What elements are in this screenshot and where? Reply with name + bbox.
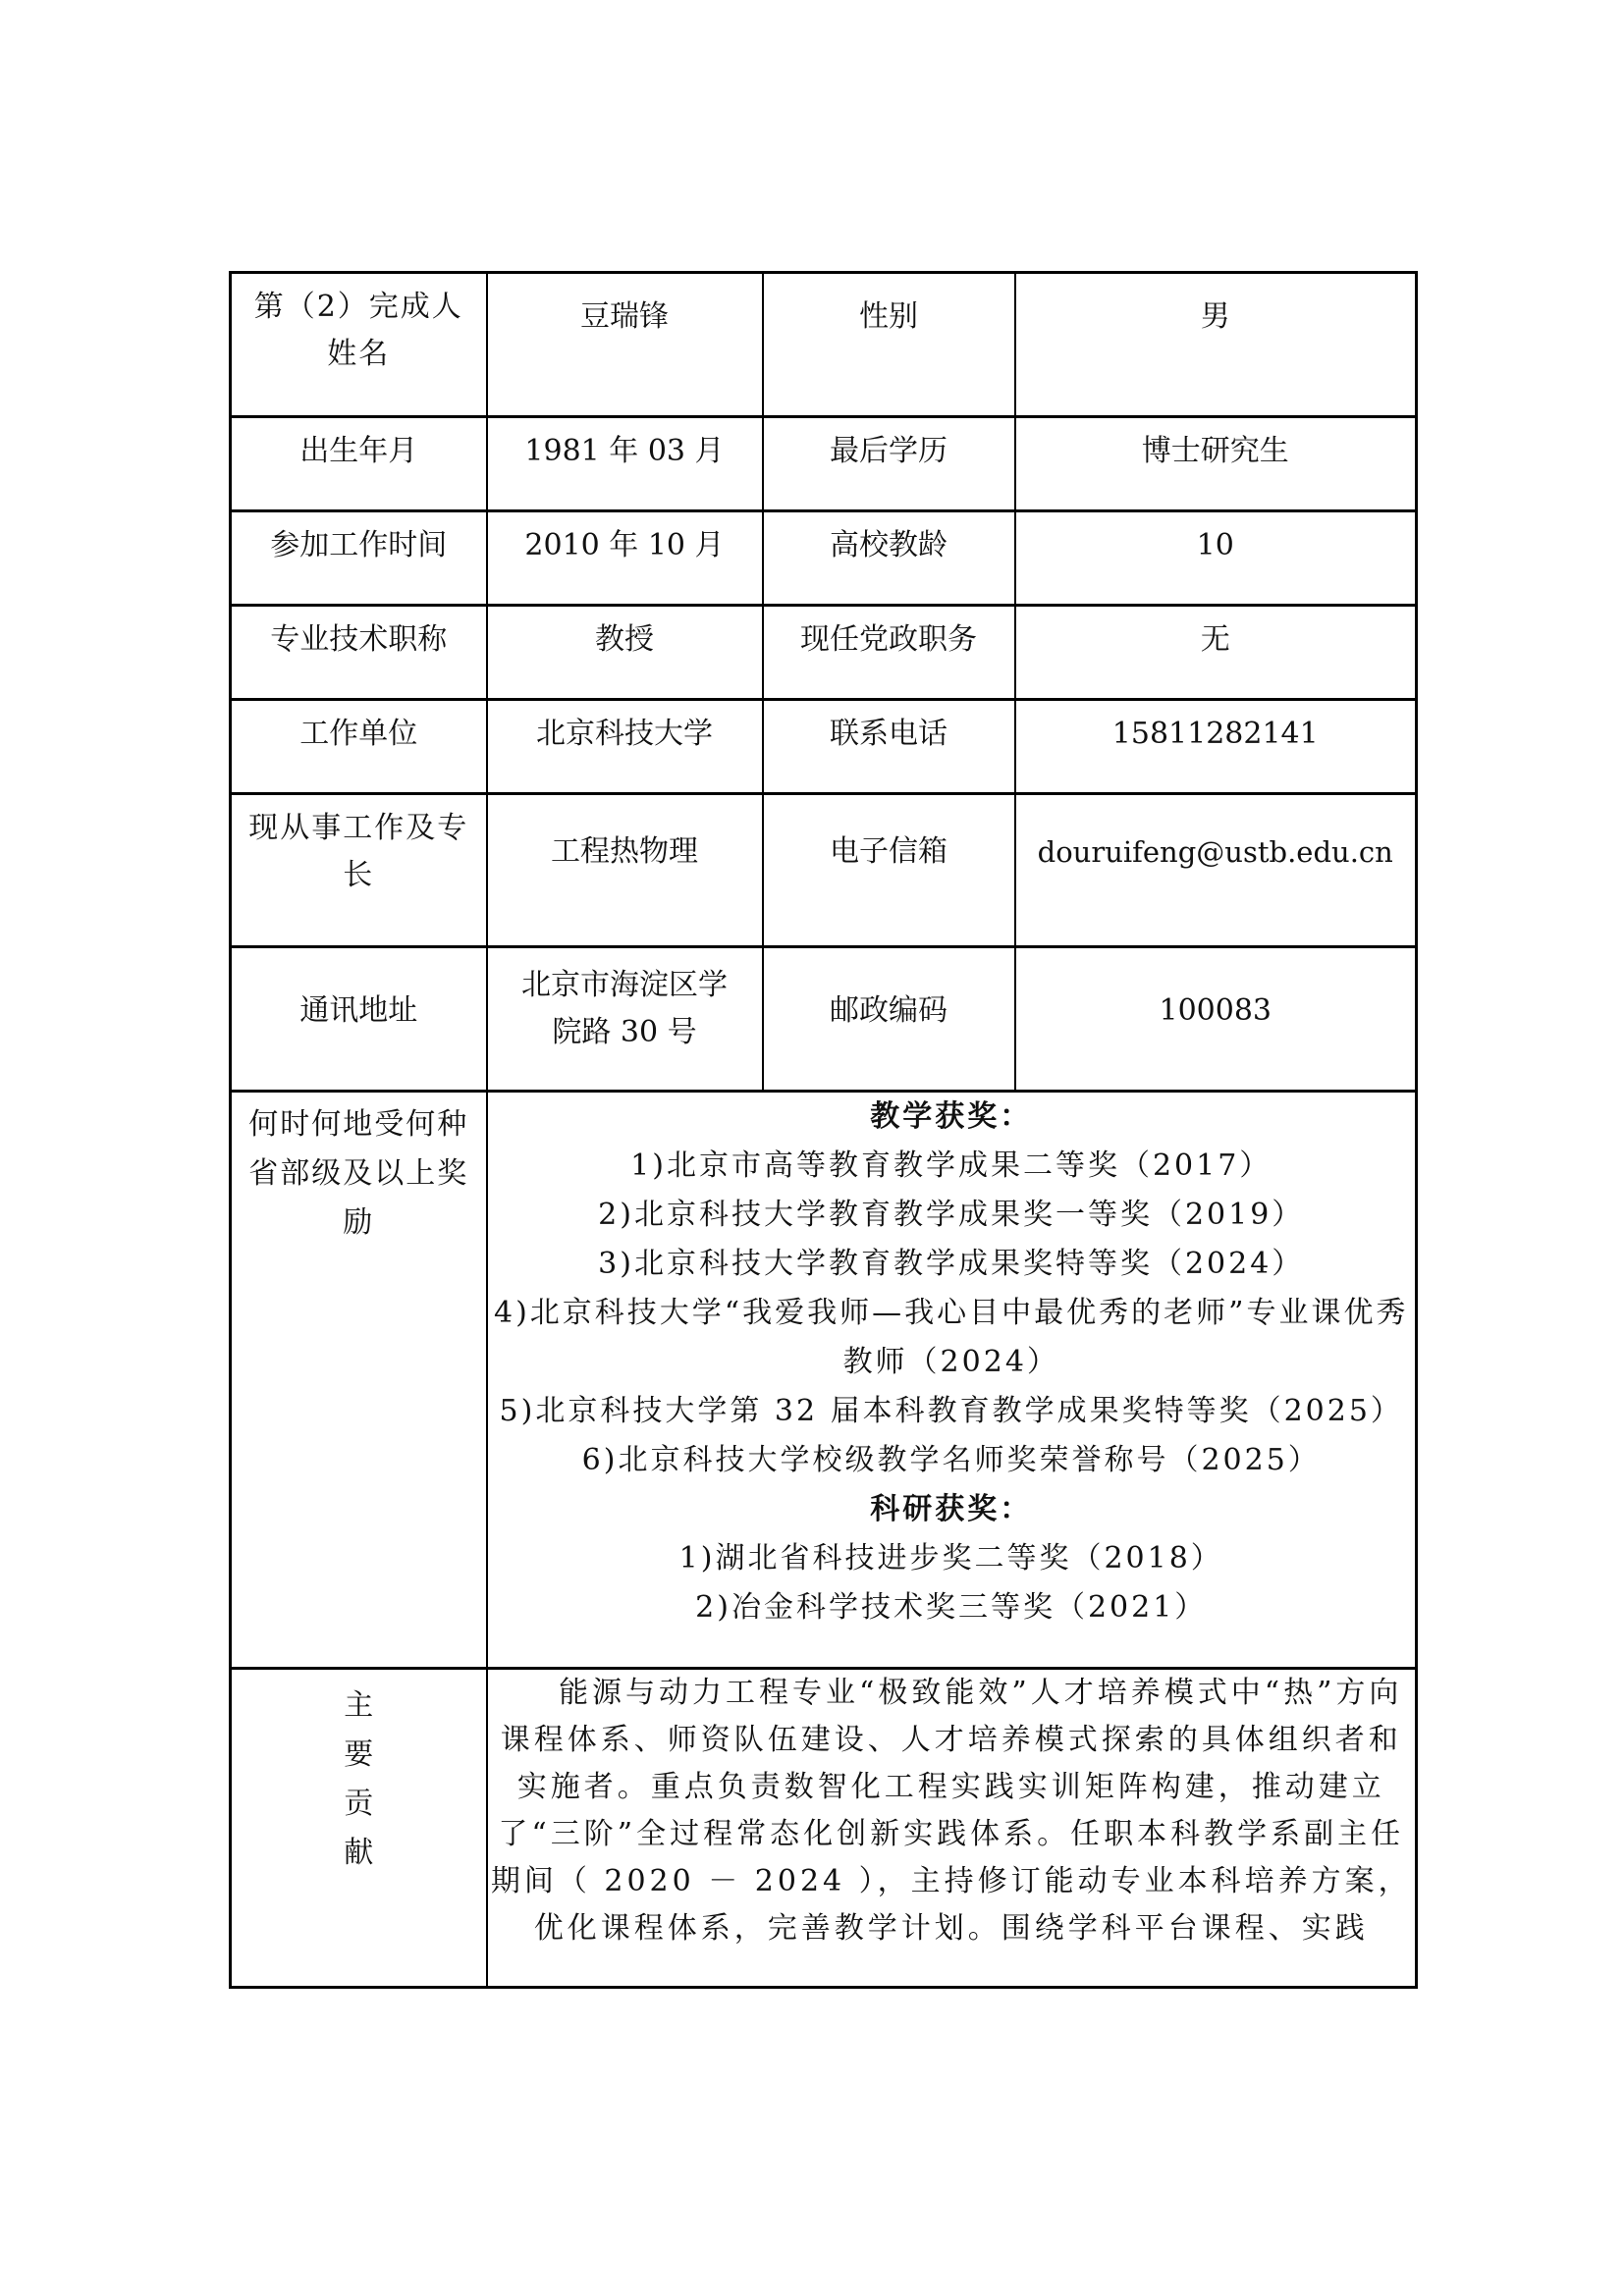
label-teaching-years-cell: 高校教龄 bbox=[763, 511, 1015, 606]
row-birth: 出生年月 1981 年 03 月 最后学历 博士研究生 bbox=[231, 417, 1417, 511]
label-birth-cell: 出生年月 bbox=[231, 417, 487, 511]
label-admin-post: 现任党政职务 bbox=[764, 607, 1014, 664]
row-specialty: 现从事工作及专 长 工程热物理 电子信箱 douruifeng@ustb.edu… bbox=[231, 794, 1417, 947]
value-employer: 北京科技大学 bbox=[488, 701, 762, 758]
personnel-info-table: 第（2）完成人 姓名 豆瑞锋 性别 男 出生年月 1981 年 03 月 最后学… bbox=[229, 271, 1418, 1989]
label-email-cell: 电子信箱 bbox=[763, 794, 1015, 947]
label-contribution-char: 主 bbox=[344, 1682, 373, 1731]
label-postcode-cell: 邮政编码 bbox=[763, 947, 1015, 1092]
row-name: 第（2）完成人 姓名 豆瑞锋 性别 男 bbox=[231, 273, 1417, 417]
label-admin-post-cell: 现任党政职务 bbox=[763, 606, 1015, 700]
value-phone: 15811282141 bbox=[1016, 701, 1416, 758]
research-award-item: 1)湖北省科技进步奖二等奖（2018） bbox=[488, 1534, 1416, 1583]
label-employer-cell: 工作单位 bbox=[231, 700, 487, 794]
teaching-award-item: 4)北京科技大学“我爱我师—我心目中最优秀的老师”专业课优秀教师（2024） bbox=[488, 1289, 1416, 1387]
label-birth: 出生年月 bbox=[232, 418, 486, 475]
label-contribution-char: 献 bbox=[344, 1829, 373, 1878]
value-education: 博士研究生 bbox=[1016, 418, 1416, 475]
label-email: 电子信箱 bbox=[764, 795, 1014, 876]
awards-content-cell: 教学获奖： 1)北京市高等教育教学成果二等奖（2017） 2)北京科技大学教育教… bbox=[487, 1092, 1417, 1669]
label-specialty-line-1: 现从事工作及专 bbox=[238, 805, 480, 852]
label-specialty-line-2: 长 bbox=[238, 852, 480, 899]
label-name-cell: 第（2）完成人 姓名 bbox=[231, 273, 487, 417]
teaching-award-item: 5)北京科技大学第 32 届本科教育教学成果奖特等奖（2025） bbox=[488, 1387, 1416, 1436]
label-contribution-cell: 主 要 贡 献 bbox=[231, 1669, 487, 1988]
label-phone-cell: 联系电话 bbox=[763, 700, 1015, 794]
teaching-award-item: 2)北京科技大学教育教学成果奖一等奖（2019） bbox=[488, 1191, 1416, 1240]
value-title: 教授 bbox=[488, 607, 762, 664]
teaching-awards-heading: 教学获奖： bbox=[488, 1093, 1416, 1142]
label-awards-line-3: 励 bbox=[238, 1199, 480, 1248]
label-teaching-years: 高校教龄 bbox=[764, 512, 1014, 569]
label-specialty-cell: 现从事工作及专 长 bbox=[231, 794, 487, 947]
value-email: douruifeng@ustb.edu.cn bbox=[1016, 795, 1416, 876]
row-title: 专业技术职称 教授 现任党政职务 无 bbox=[231, 606, 1417, 700]
label-phone: 联系电话 bbox=[764, 701, 1014, 758]
label-awards-line-2: 省部级及以上奖 bbox=[238, 1149, 480, 1199]
value-address-cell: 北京市海淀区学 院路 30 号 bbox=[487, 947, 763, 1092]
value-specialty-cell: 工程热物理 bbox=[487, 794, 763, 947]
value-teaching-years-cell: 10 bbox=[1015, 511, 1417, 606]
label-contribution-char: 贡 bbox=[344, 1780, 373, 1829]
label-work-start: 参加工作时间 bbox=[232, 512, 486, 569]
contribution-text: 能源与动力工程专业“极致能效”人才培养模式中“热”方向课程体系、师资队伍建设、人… bbox=[488, 1670, 1416, 1952]
label-title: 专业技术职称 bbox=[232, 607, 486, 664]
label-education: 最后学历 bbox=[764, 418, 1014, 475]
research-award-item: 2)冶金科学技术奖三等奖（2021） bbox=[488, 1583, 1416, 1632]
value-title-cell: 教授 bbox=[487, 606, 763, 700]
value-work-start-cell: 2010 年 10 月 bbox=[487, 511, 763, 606]
label-name-line-1: 第（2）完成人 bbox=[238, 284, 480, 331]
value-birth-cell: 1981 年 03 月 bbox=[487, 417, 763, 511]
value-birth: 1981 年 03 月 bbox=[488, 418, 762, 475]
value-address-line-1: 北京市海淀区学 bbox=[488, 962, 762, 1009]
label-contribution-char: 要 bbox=[344, 1731, 373, 1780]
label-work-start-cell: 参加工作时间 bbox=[231, 511, 487, 606]
row-address: 通讯地址 北京市海淀区学 院路 30 号 邮政编码 100083 bbox=[231, 947, 1417, 1092]
value-specialty: 工程热物理 bbox=[488, 795, 762, 876]
value-postcode: 100083 bbox=[1016, 948, 1416, 1035]
contribution-content-cell: 能源与动力工程专业“极致能效”人才培养模式中“热”方向课程体系、师资队伍建设、人… bbox=[487, 1669, 1417, 1988]
research-awards-heading: 科研获奖： bbox=[488, 1485, 1416, 1534]
value-name: 豆瑞锋 bbox=[488, 274, 762, 341]
label-gender-cell: 性别 bbox=[763, 273, 1015, 417]
value-education-cell: 博士研究生 bbox=[1015, 417, 1417, 511]
label-employer: 工作单位 bbox=[232, 701, 486, 758]
value-teaching-years: 10 bbox=[1016, 512, 1416, 569]
label-postcode: 邮政编码 bbox=[764, 948, 1014, 1035]
value-address-line-2: 院路 30 号 bbox=[488, 1009, 762, 1056]
value-work-start: 2010 年 10 月 bbox=[488, 512, 762, 569]
row-contribution: 主 要 贡 献 能源与动力工程专业“极致能效”人才培养模式中“热”方向课程体系、… bbox=[231, 1669, 1417, 1988]
value-gender-cell: 男 bbox=[1015, 273, 1417, 417]
label-awards-cell: 何时何地受何种 省部级及以上奖 励 bbox=[231, 1092, 487, 1669]
value-admin-post: 无 bbox=[1016, 607, 1416, 664]
value-postcode-cell: 100083 bbox=[1015, 947, 1417, 1092]
teaching-award-item: 6)北京科技大学校级教学名师奖荣誉称号（2025） bbox=[488, 1436, 1416, 1485]
value-admin-post-cell: 无 bbox=[1015, 606, 1417, 700]
value-phone-cell: 15811282141 bbox=[1015, 700, 1417, 794]
label-gender: 性别 bbox=[764, 274, 1014, 341]
label-address-cell: 通讯地址 bbox=[231, 947, 487, 1092]
row-employer: 工作单位 北京科技大学 联系电话 15811282141 bbox=[231, 700, 1417, 794]
label-name-line-2: 姓名 bbox=[238, 331, 480, 378]
value-email-cell: douruifeng@ustb.edu.cn bbox=[1015, 794, 1417, 947]
label-education-cell: 最后学历 bbox=[763, 417, 1015, 511]
row-work-start: 参加工作时间 2010 年 10 月 高校教龄 10 bbox=[231, 511, 1417, 606]
teaching-award-item: 3)北京科技大学教育教学成果奖特等奖（2024） bbox=[488, 1240, 1416, 1289]
row-awards: 何时何地受何种 省部级及以上奖 励 教学获奖： 1)北京市高等教育教学成果二等奖… bbox=[231, 1092, 1417, 1669]
teaching-award-item: 1)北京市高等教育教学成果二等奖（2017） bbox=[488, 1142, 1416, 1191]
value-name-cell: 豆瑞锋 bbox=[487, 273, 763, 417]
value-employer-cell: 北京科技大学 bbox=[487, 700, 763, 794]
label-title-cell: 专业技术职称 bbox=[231, 606, 487, 700]
label-awards-line-1: 何时何地受何种 bbox=[238, 1100, 480, 1149]
value-gender: 男 bbox=[1016, 274, 1416, 341]
label-address: 通讯地址 bbox=[232, 948, 486, 1035]
